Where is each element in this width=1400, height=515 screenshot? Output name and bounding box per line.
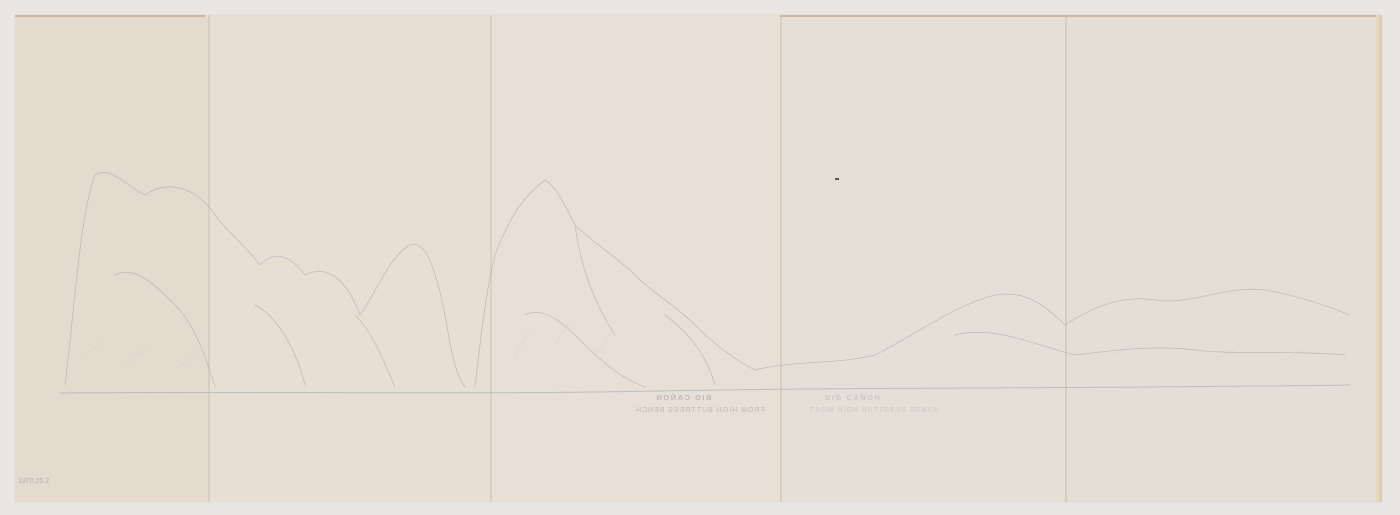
paper-right-edge [1376, 15, 1382, 502]
paper-top-edge [15, 15, 205, 17]
ink-mark [835, 178, 839, 180]
paper-sheet: BIG CAÑON FROM HIGH BUTTRESS BENCH BIG C… [15, 15, 1382, 502]
caption-right-subtitle: FROM HIGH BUTTRESS BENCH [810, 407, 940, 414]
caption-left-title: BIG CAÑON [655, 393, 711, 402]
mountain-panorama-sketch [55, 155, 1355, 405]
caption-right-title: BIG CAÑON [825, 393, 881, 402]
caption-left-subtitle: FROM HIGH BUTTRESS BENCH [635, 407, 765, 414]
inventory-number: 1970.25.2 [18, 478, 49, 485]
paper-top-edge [780, 15, 1376, 17]
